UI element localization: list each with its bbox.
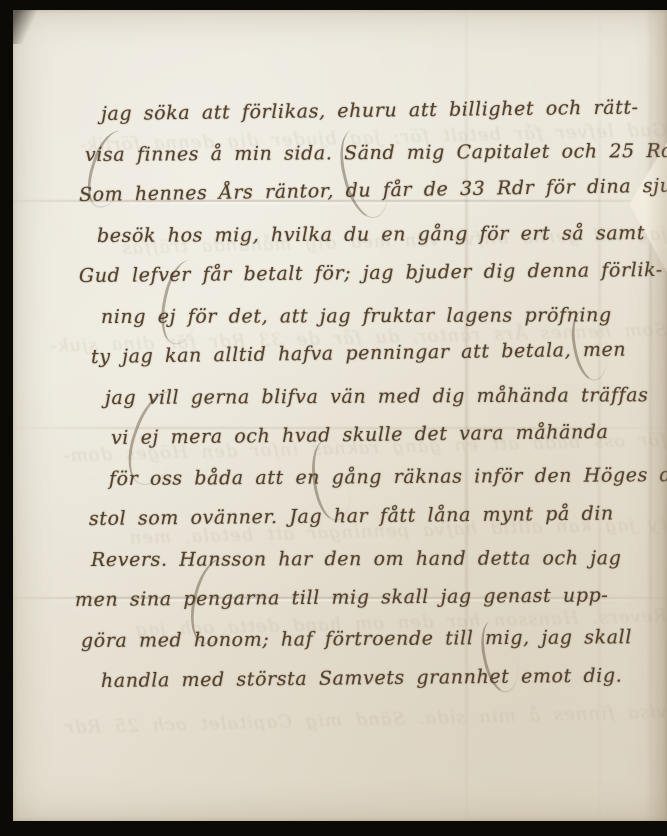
handwritten-line: besök hos mig, hvilka du en gång för ert…	[97, 213, 667, 256]
fold-crease-vertical	[649, 10, 652, 821]
scanned-letter: Gud lefver får betalt för; jag bjuder di…	[0, 0, 667, 836]
handwritten-line: göra med honom; haf förtroende till mig,…	[81, 616, 667, 661]
letter-page: Gud lefver får betalt för; jag bjuder di…	[13, 10, 667, 821]
handwritten-line: handla med största Samvets grannhet emot…	[101, 655, 667, 701]
handwritten-line: stol som ovänner. Jag har fått låna mynt…	[89, 493, 667, 540]
letter-body: jag söka att förlikas, ehuru att billigh…	[13, 94, 667, 702]
handwritten-line: jag söka att förlikas, ehuru att billigh…	[101, 87, 667, 134]
handwritten-line: Revers. Hansson har den om hand detta oc…	[91, 537, 667, 580]
handwritten-line: ty jag kan alltid hafva penningar att be…	[91, 329, 667, 378]
handwritten-line: Gud lefver får betalt för; jag bjuder di…	[79, 250, 667, 297]
handwritten-line: men sina pengarna till mig skall jag gen…	[75, 575, 667, 621]
handwritten-line: för oss båda att en gång räknas inför de…	[109, 455, 667, 499]
handwritten-line: vi ej mera och hvad skulle det vara måhä…	[111, 411, 667, 458]
ink-bleedthrough: visa finnes å min sida. Sänd mig Capital…	[13, 701, 667, 739]
handwritten-line: Som hennes Års räntor, du får de 33 Rdr …	[79, 166, 667, 216]
